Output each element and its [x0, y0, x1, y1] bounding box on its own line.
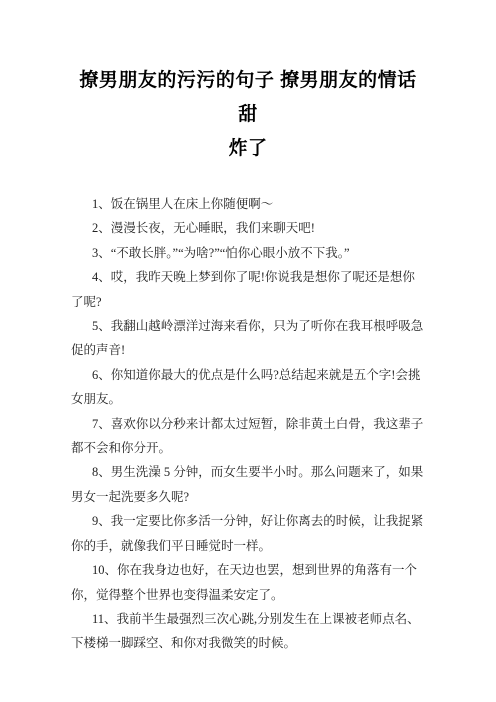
list-item: 3、“不敢长胖。”“为啥?”“怕你心眼小放不下我。”: [71, 241, 425, 265]
list-item: 1、饭在锅里人在床上你随便啊～: [71, 192, 425, 216]
list-item: 2、漫漫长夜，无心睡眠，我们来聊天吧!: [71, 216, 425, 240]
list-item: 9、我一定要比你多活一分钟，好让你离去的时候，让我捉紧你的手，就像我们平日睡觉时…: [71, 509, 425, 558]
list-item: 4、哎，我昨天晚上梦到你了呢!你说我是想你了呢还是想你了呢?: [71, 265, 425, 314]
page-title-line-2: 炸了: [71, 132, 425, 166]
document-page: 撩男朋友的污污的句子 撩男朋友的情话甜 炸了 1、饭在锅里人在床上你随便啊～ 2…: [0, 0, 496, 702]
list-item: 11、我前半生最强烈三次心跳,分别发生在上课被老师点名、下楼梯一脚踩空、和你对我…: [71, 607, 425, 656]
list-item: 10、你在我身边也好，在天边也罢，想到世界的角落有一个你，觉得整个世界也变得温柔…: [71, 558, 425, 607]
page-title-line-1: 撩男朋友的污污的句子 撩男朋友的情话甜: [71, 64, 425, 132]
page-title: 撩男朋友的污污的句子 撩男朋友的情话甜 炸了: [71, 64, 425, 166]
list-item: 6、你知道你最大的优点是什么吗?总结起来就是五个字!会挑女朋友。: [71, 363, 425, 412]
list-item: 5、我翻山越岭漂洋过海来看你，只为了听你在我耳根呼吸急促的声音!: [71, 314, 425, 363]
list-item: 8、男生洗澡 5 分钟，而女生要半小时。那么问题来了，如果男女一起洗要多久呢?: [71, 460, 425, 509]
article-body: 1、饭在锅里人在床上你随便啊～ 2、漫漫长夜，无心睡眠，我们来聊天吧! 3、“不…: [71, 192, 425, 656]
list-item: 7、喜欢你以分秒来计都太过短暂，除非黄土白骨，我这辈子都不会和你分开。: [71, 412, 425, 461]
